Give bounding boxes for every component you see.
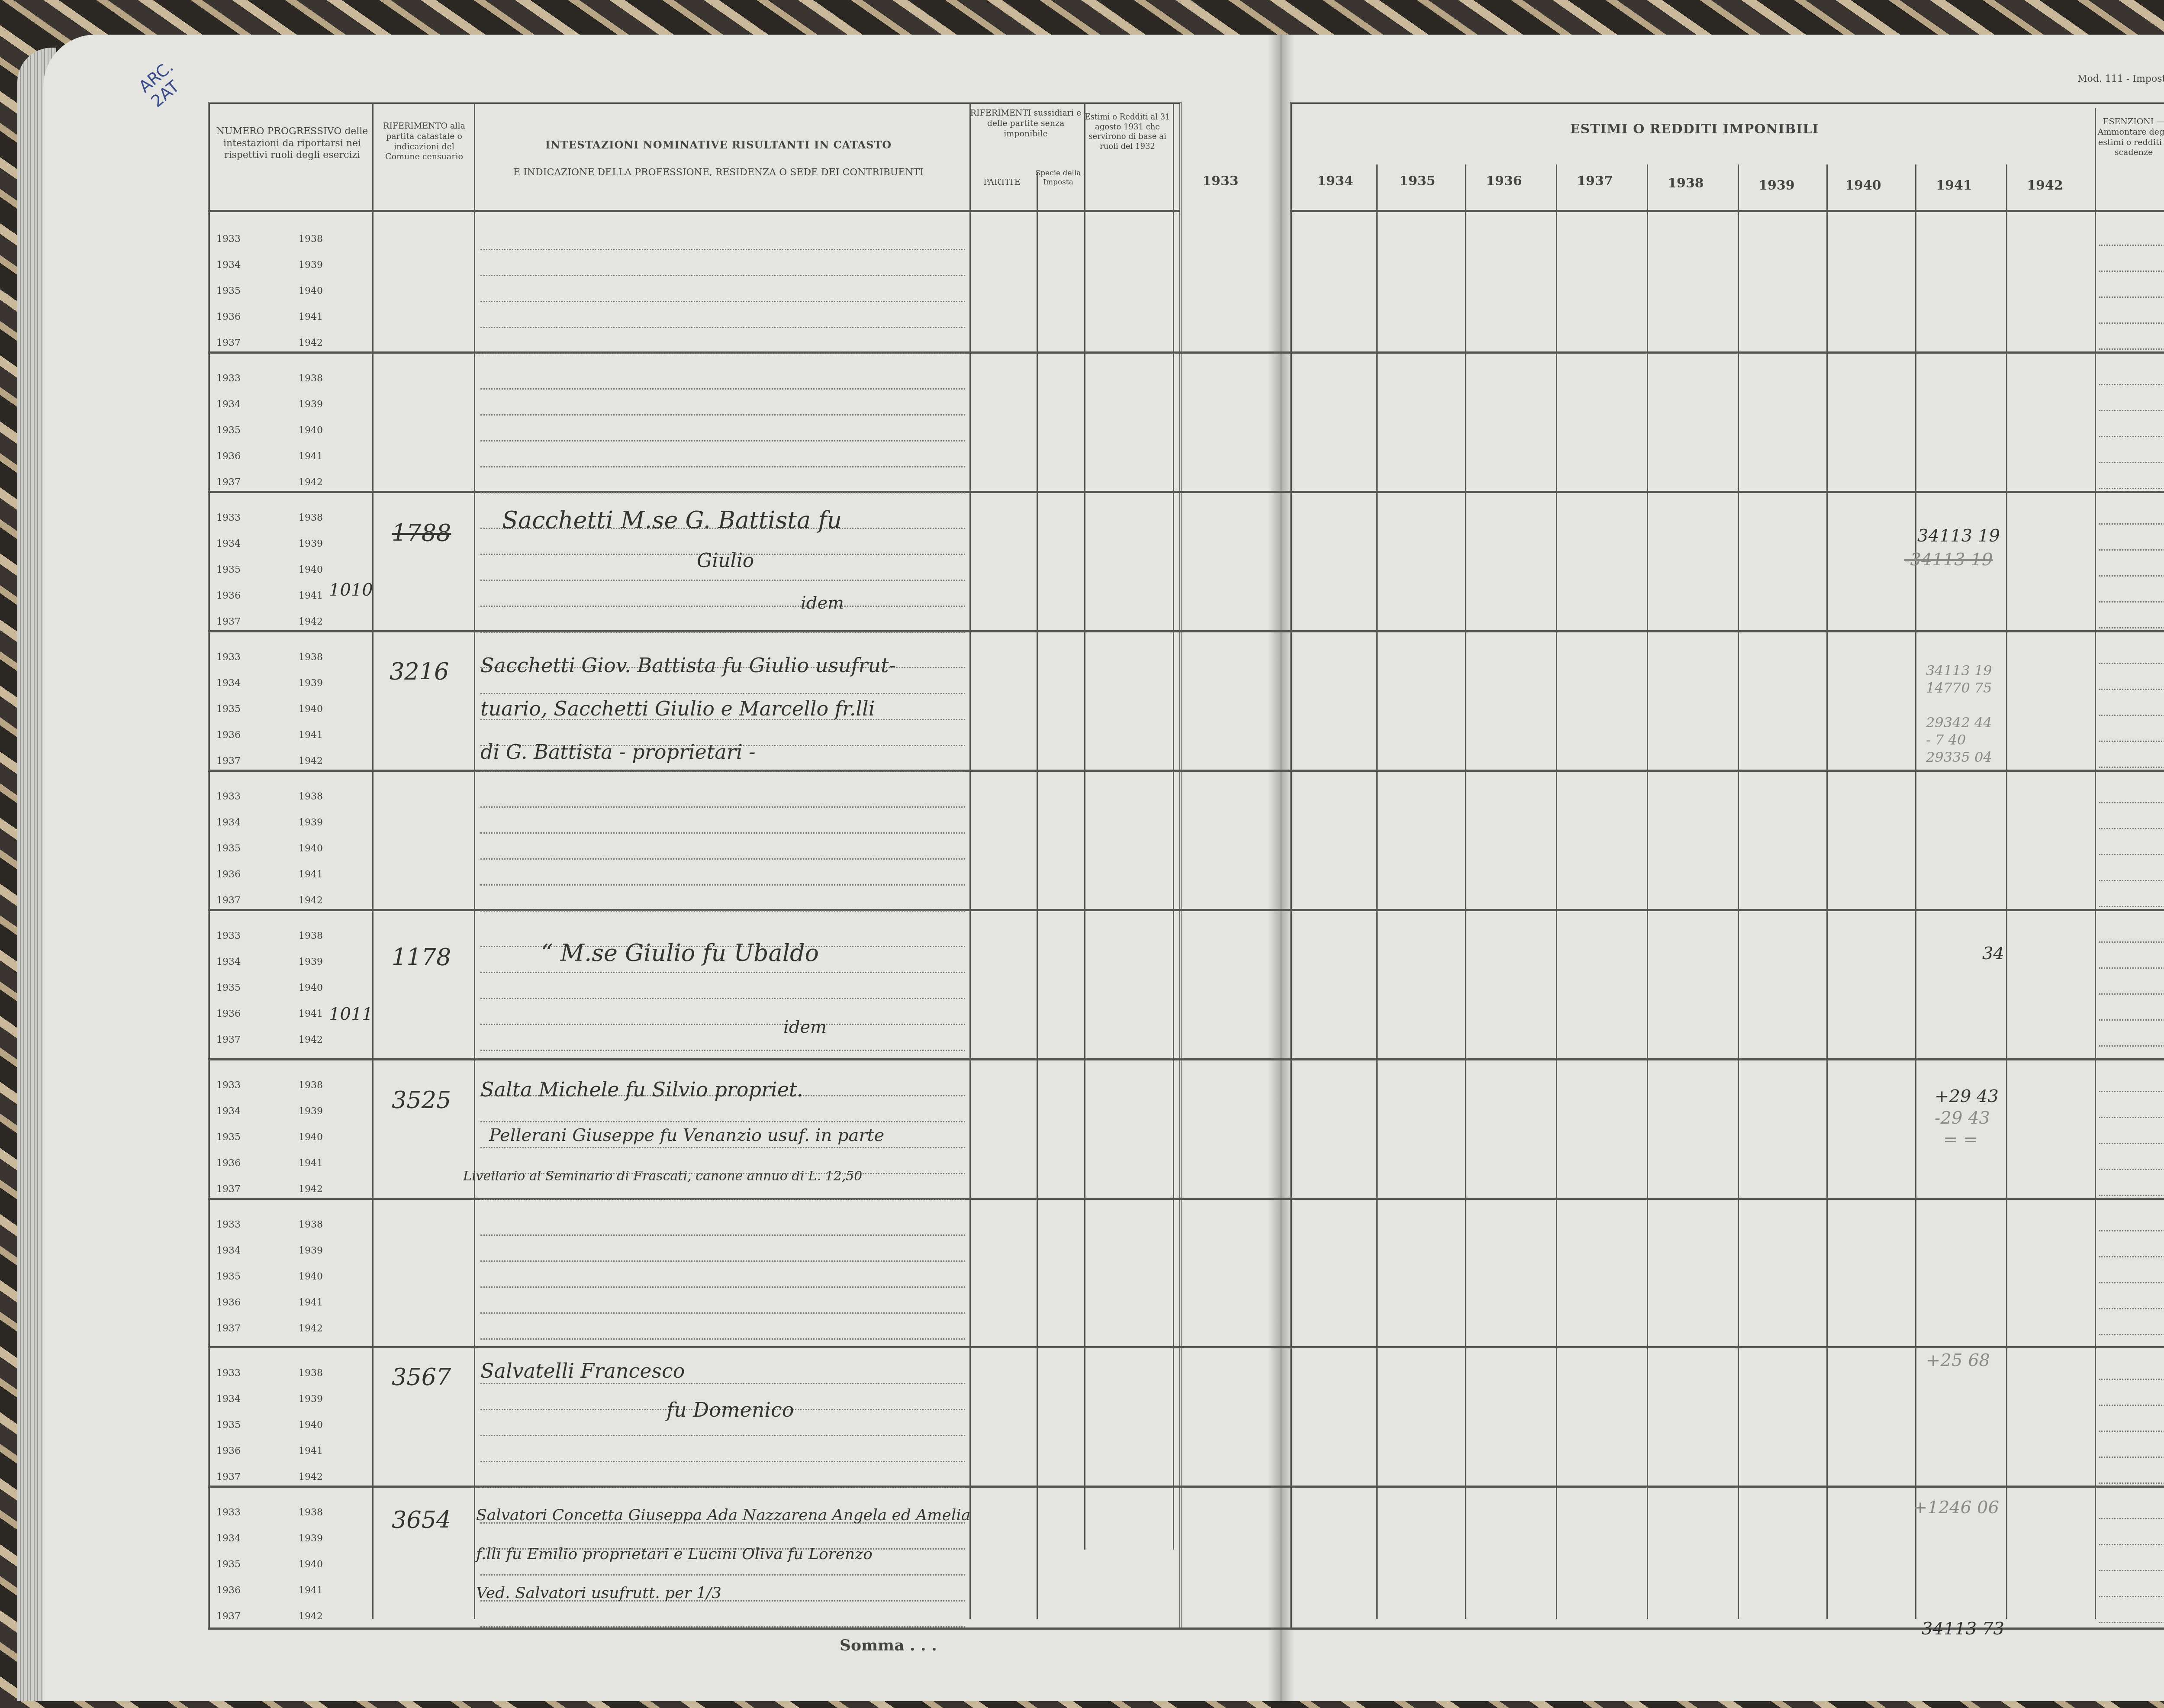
col-rule <box>1738 164 1739 1619</box>
year-label: 1938 <box>299 652 323 663</box>
year-label: 1938 <box>299 931 323 941</box>
year-label: 1937 <box>216 1184 241 1195</box>
year-label: 1940 <box>299 983 323 993</box>
year-label: 1941 <box>299 451 323 462</box>
ruling-dots <box>480 1312 965 1314</box>
year-label: 1935 <box>216 1132 241 1143</box>
ruling-dots <box>480 414 965 416</box>
year-label: 1933 <box>216 1219 241 1230</box>
ruling-dots <box>480 972 965 973</box>
ruling-dots <box>480 632 965 633</box>
ruling-dots <box>480 440 965 442</box>
header-year-1936: 1936 <box>1463 173 1545 190</box>
entry-10-partita: 3654 <box>392 1506 451 1534</box>
header-year-1933: 1933 <box>1177 173 1264 190</box>
year-label: 1942 <box>299 756 323 767</box>
year-label: 1934 <box>216 678 241 689</box>
entry-6-line-3: idem <box>783 1017 827 1037</box>
ruling-dots <box>480 884 965 886</box>
year-label: 1936 <box>216 312 241 322</box>
year-label: 1938 <box>299 791 323 802</box>
header-year-1939: 1939 <box>1736 177 1818 194</box>
entry-3-partita: 1788 <box>392 519 451 547</box>
year-label: 1934 <box>216 957 241 967</box>
year-label: 1940 <box>299 1420 323 1431</box>
header-col2: RIFERIMENTO alla partita catastale o ind… <box>377 121 472 162</box>
entry-10-line-1: Salvatori Concetta Giuseppa Ada Nazzaren… <box>476 1506 970 1524</box>
ruling-dots <box>2099 488 2164 489</box>
ruling-dots <box>480 1024 965 1025</box>
year-label: 1937 <box>216 1323 241 1334</box>
year-label: 1938 <box>299 1219 323 1230</box>
year-label: 1940 <box>299 286 323 296</box>
year-label: 1934 <box>216 260 241 271</box>
entry-9-partita: 3567 <box>392 1363 451 1391</box>
ruling-dots <box>2099 993 2164 995</box>
col-rule <box>1173 104 1174 1550</box>
header-col3-title: INTESTAZIONI NOMINATIVE RISULTANTI IN CA… <box>476 139 961 151</box>
year-label: 1941 <box>299 590 323 601</box>
ruling-dots <box>480 1461 965 1462</box>
row-separator <box>208 1627 2164 1630</box>
ruling-dots <box>480 910 965 912</box>
ruling-dots <box>2099 1045 2164 1047</box>
year-label: 1938 <box>299 512 323 523</box>
ruling-dots <box>480 1050 965 1051</box>
year-label: 1936 <box>216 451 241 462</box>
year-label: 1935 <box>216 983 241 993</box>
year-label: 1933 <box>216 931 241 941</box>
year-label: 1936 <box>216 1446 241 1457</box>
header-year-1940: 1940 <box>1822 177 1904 194</box>
year-label: 1940 <box>299 1559 323 1570</box>
year-label: 1935 <box>216 425 241 436</box>
right-table-frame <box>1290 102 2164 1630</box>
year-label: 1939 <box>299 678 323 689</box>
ruling-dots <box>2099 741 2164 742</box>
year-label: 1938 <box>299 234 323 245</box>
year-label: 1937 <box>216 338 241 348</box>
year-label: 1941 <box>299 869 323 880</box>
year-label: 1933 <box>216 234 241 245</box>
entry-7-amount-2: -29 43 <box>1935 1108 1990 1128</box>
year-label: 1937 <box>216 477 241 488</box>
year-label: 1936 <box>216 590 241 601</box>
ruling-dots <box>2099 384 2164 385</box>
header-estimi: ESTIMI O REDDITI IMPONIBILI <box>1298 121 2090 138</box>
year-label: 1942 <box>299 1184 323 1195</box>
year-label: 1934 <box>216 817 241 828</box>
ruling-dots <box>2099 348 2164 350</box>
year-label: 1935 <box>216 1420 241 1431</box>
year-label: 1935 <box>216 1559 241 1570</box>
year-label: 1941 <box>299 312 323 322</box>
ruling-dots <box>480 771 965 772</box>
year-label: 1939 <box>299 1245 323 1256</box>
ruling-dots <box>2099 549 2164 551</box>
ruling-dots <box>2099 575 2164 577</box>
header-year-1941: 1941 <box>1913 177 1995 194</box>
year-label: 1941 <box>299 1297 323 1308</box>
entry-4-amount-2: 14770 75 <box>1926 680 1992 696</box>
entry-6-amount: 34 <box>1982 944 2004 964</box>
ruling-dots <box>2099 1334 2164 1335</box>
ruling-dots <box>480 580 965 581</box>
ruling-dots <box>480 858 965 860</box>
ruling-dots <box>480 327 965 328</box>
entry-7-line-2: Pellerani Giuseppe fu Venanzio usuf. in … <box>489 1125 884 1145</box>
ruling-dots <box>480 1199 965 1200</box>
header-esenzioni: ESENZIONI — Ammontare degli estimi o red… <box>2095 117 2164 158</box>
col-rule <box>2006 164 2007 1619</box>
year-label: 1939 <box>299 538 323 549</box>
year-label: 1941 <box>299 1446 323 1457</box>
col-rule <box>1915 164 1916 1619</box>
year-label: 1942 <box>299 477 323 488</box>
ruling-dots <box>480 693 965 694</box>
header-col1: NUMERO PROGRESSIVO delle intestazioni da… <box>212 126 372 161</box>
ruling-dots <box>2099 1622 2164 1623</box>
year-label: 1938 <box>299 1507 323 1518</box>
col-rule <box>1647 164 1648 1619</box>
col-rule <box>474 104 475 1619</box>
year-label: 1939 <box>299 957 323 967</box>
year-label: 1942 <box>299 616 323 627</box>
year-label: 1941 <box>299 1585 323 1596</box>
year-label: 1942 <box>299 338 323 348</box>
header-year-1934: 1934 <box>1294 173 1376 190</box>
total-1941: 34113 73 <box>1922 1619 2004 1639</box>
ruling-dots <box>480 275 965 276</box>
ruling-dots <box>480 301 965 302</box>
col-rule <box>1556 164 1557 1619</box>
year-label: 1938 <box>299 1368 323 1379</box>
year-label: 1933 <box>216 652 241 663</box>
ruling-dots <box>2099 880 2164 881</box>
ruling-dots <box>2099 601 2164 603</box>
year-label: 1934 <box>216 1394 241 1405</box>
entry-6-partita: 1178 <box>392 944 451 971</box>
year-label: 1941 <box>299 1158 323 1169</box>
year-label: 1940 <box>299 843 323 854</box>
ruling-dots <box>480 998 965 999</box>
year-label: 1933 <box>216 373 241 384</box>
col-rule <box>1084 104 1085 1550</box>
ruling-dots <box>2099 967 2164 969</box>
ruling-dots <box>2099 1405 2164 1406</box>
year-label: 1938 <box>299 1080 323 1091</box>
ruling-dots <box>2099 1596 2164 1597</box>
ruling-dots <box>480 249 965 250</box>
year-label: 1940 <box>299 1271 323 1282</box>
header-riferimenti: RIFERIMENTI sussidiari e delle partite s… <box>969 108 1082 139</box>
ruling-dots <box>2099 322 2164 324</box>
col-rule <box>372 104 374 1619</box>
ruling-dots <box>2099 1117 2164 1118</box>
year-label: 1941 <box>299 730 323 741</box>
entry-6-ref: 1011 <box>329 1004 373 1024</box>
ruling-dots <box>2099 1143 2164 1144</box>
ruling-dots <box>480 806 965 808</box>
ruling-dots <box>480 1435 965 1436</box>
entry-10-line-2: f.lli fu Emilio proprietari e Lucini Oli… <box>476 1545 873 1563</box>
col-rule <box>2095 108 2096 1619</box>
ruling-dots <box>2099 854 2164 855</box>
header-year-1942: 1942 <box>2004 177 2086 194</box>
year-label: 1937 <box>216 1611 241 1622</box>
ruling-dots <box>480 606 965 607</box>
ruling-dots <box>480 1234 965 1236</box>
form-title: Mod. 111 - Imposte Dirette (Intercalare)… <box>2077 74 2164 84</box>
ruling-dots <box>480 1147 965 1148</box>
ruling-dots <box>480 1260 965 1262</box>
ruling-dots <box>480 1626 965 1627</box>
ruling-dots <box>480 492 965 493</box>
entry-4-partita: 3216 <box>390 658 449 685</box>
year-label: 1940 <box>299 564 323 575</box>
header-partite: PARTITE <box>969 177 1034 188</box>
header-specie: Specie della Imposta <box>1034 169 1082 187</box>
ruling-dots <box>2099 828 2164 829</box>
entry-4-amount-1: 34113 19 <box>1926 662 1992 679</box>
ruling-dots <box>2099 663 2164 664</box>
header-col6: Estimi o Redditi al 31 agosto 1931 che s… <box>1082 113 1173 151</box>
entry-9-line-2: fu Domenico <box>667 1398 794 1421</box>
year-label: 1936 <box>216 1158 241 1169</box>
ruling-dots <box>2099 1091 2164 1092</box>
entry-7-amount-1: +29 43 <box>1935 1086 1999 1106</box>
entry-10-amount: +1246 06 <box>1913 1498 1999 1518</box>
entry-3-amount-2: -34113 19 <box>1904 550 1993 570</box>
year-label: 1934 <box>216 538 241 549</box>
year-label: 1933 <box>216 791 241 802</box>
ruling-dots <box>2099 715 2164 716</box>
year-label: 1935 <box>216 1271 241 1282</box>
year-label: 1933 <box>216 1368 241 1379</box>
year-label: 1935 <box>216 564 241 575</box>
ruling-dots <box>2099 523 2164 525</box>
year-label: 1935 <box>216 843 241 854</box>
ruling-dots <box>480 1121 965 1122</box>
ruling-dots <box>2099 627 2164 628</box>
entry-3-ref: 1010 <box>329 580 373 600</box>
col-rule <box>1826 164 1828 1619</box>
year-label: 1937 <box>216 895 241 906</box>
year-label: 1936 <box>216 869 241 880</box>
year-label: 1934 <box>216 1533 241 1544</box>
entry-4-amount-3: 29342 44 <box>1926 714 1992 731</box>
ruling-dots <box>2099 1230 2164 1231</box>
ruling-dots <box>2099 1282 2164 1283</box>
year-label: 1942 <box>299 1323 323 1334</box>
year-label: 1936 <box>216 730 241 741</box>
entry-6-line-1: “ M.se Giulio fu Ubaldo <box>541 939 819 967</box>
ruling-dots <box>480 1574 965 1576</box>
header-year-1938: 1938 <box>1645 175 1727 192</box>
somma-label: Somma . . . <box>840 1636 937 1654</box>
year-label: 1933 <box>216 1080 241 1091</box>
ruling-dots <box>2099 1431 2164 1432</box>
year-label: 1942 <box>299 895 323 906</box>
ruling-dots <box>480 832 965 834</box>
ruling-dots <box>480 1286 965 1288</box>
entry-7-line-3: Livellario al Seminario di Frascati, can… <box>463 1169 862 1184</box>
col-rule <box>1376 164 1378 1619</box>
header-year-1935: 1935 <box>1376 173 1459 190</box>
year-label: 1940 <box>299 425 323 436</box>
ruling-dots <box>2099 1379 2164 1380</box>
ruling-dots <box>2099 1457 2164 1458</box>
ruling-dots <box>2099 1195 2164 1196</box>
ruling-dots <box>2099 1169 2164 1170</box>
ruling-dots <box>2099 1019 2164 1021</box>
ruling-dots <box>2099 271 2164 272</box>
year-label: 1936 <box>216 1009 241 1019</box>
ruling-dots <box>2099 1544 2164 1545</box>
ruling-dots <box>2099 1570 2164 1571</box>
year-label: 1937 <box>216 616 241 627</box>
entry-3-amount-1: 34113 19 <box>1917 526 2000 546</box>
ruling-dots <box>2099 436 2164 437</box>
ruling-dots <box>2099 941 2164 943</box>
ruling-dots <box>2099 410 2164 411</box>
year-label: 1937 <box>216 1034 241 1045</box>
row-separator <box>208 1058 2164 1060</box>
entry-3-line-1: Sacchetti M.se G. Battista fu <box>502 506 842 534</box>
year-label: 1939 <box>299 260 323 271</box>
entry-4-amount-4: - 7 40 <box>1926 732 1966 748</box>
ruling-dots <box>2099 462 2164 463</box>
entry-9-amount: +25 68 <box>1926 1350 1990 1370</box>
ruling-dots <box>2099 689 2164 690</box>
year-label: 1941 <box>299 1009 323 1019</box>
header-rule-right <box>1290 210 2164 212</box>
year-label: 1934 <box>216 399 241 410</box>
entry-4-line-2: tuario, Sacchetti Giulio e Marcello fr.l… <box>480 697 875 720</box>
year-label: 1942 <box>299 1472 323 1482</box>
ruling-dots <box>2099 906 2164 907</box>
ruling-dots <box>480 388 965 390</box>
entry-4-amount-5: 29335 04 <box>1926 749 1992 765</box>
entry-7-line-1: Salta Michele fu Silvio propriet. <box>480 1078 803 1101</box>
row-separator <box>208 1346 2164 1348</box>
year-label: 1940 <box>299 704 323 715</box>
year-label: 1939 <box>299 399 323 410</box>
col-rule <box>1037 173 1038 1619</box>
year-label: 1935 <box>216 704 241 715</box>
year-label: 1935 <box>216 286 241 296</box>
header-col3-subtitle: E INDICAZIONE DELLA PROFESSIONE, RESIDEN… <box>476 167 961 179</box>
ruling-dots <box>2099 802 2164 803</box>
year-label: 1939 <box>299 1533 323 1544</box>
header-rule-left <box>208 210 1179 212</box>
entry-4-line-3: di G. Battista - proprietari - <box>480 740 756 764</box>
ruling-dots <box>2099 767 2164 768</box>
ruling-dots <box>480 1487 965 1488</box>
year-label: 1934 <box>216 1106 241 1117</box>
year-label: 1933 <box>216 512 241 523</box>
ruling-dots <box>480 1338 965 1340</box>
ruling-dots <box>2099 1518 2164 1519</box>
entry-7-partita: 3525 <box>392 1086 451 1114</box>
ruling-dots <box>480 466 965 467</box>
ruling-dots <box>2099 1256 2164 1257</box>
year-label: 1937 <box>216 756 241 767</box>
ruling-dots <box>480 1383 965 1384</box>
year-label: 1939 <box>299 1394 323 1405</box>
year-label: 1940 <box>299 1132 323 1143</box>
year-label: 1939 <box>299 817 323 828</box>
year-label: 1942 <box>299 1611 323 1622</box>
col-rule <box>969 104 971 1619</box>
year-label: 1942 <box>299 1034 323 1045</box>
year-label: 1933 <box>216 1507 241 1518</box>
ruling-dots <box>2099 245 2164 246</box>
year-label: 1938 <box>299 373 323 384</box>
entry-3-line-3: idem <box>801 593 844 613</box>
ruling-dots <box>2099 1308 2164 1309</box>
header-year-1937: 1937 <box>1554 173 1636 190</box>
year-label: 1934 <box>216 1245 241 1256</box>
ruling-dots <box>2099 1482 2164 1484</box>
year-label: 1936 <box>216 1585 241 1596</box>
ruling-dots <box>480 353 965 354</box>
entry-4-line-1: Sacchetti Giov. Battista fu Giulio usufr… <box>480 654 895 677</box>
entry-9-line-1: Salvatelli Francesco <box>480 1359 685 1383</box>
ruling-dots <box>2099 296 2164 298</box>
col-rule <box>1465 164 1466 1619</box>
entry-10-line-3: Ved. Salvatori usufrutt. per 1/3 <box>476 1584 721 1602</box>
year-label: 1939 <box>299 1106 323 1117</box>
year-label: 1937 <box>216 1472 241 1482</box>
entry-7-amount-3: = = <box>1943 1130 1978 1150</box>
year-label: 1936 <box>216 1297 241 1308</box>
entry-3-line-2: Giulio <box>697 550 754 572</box>
